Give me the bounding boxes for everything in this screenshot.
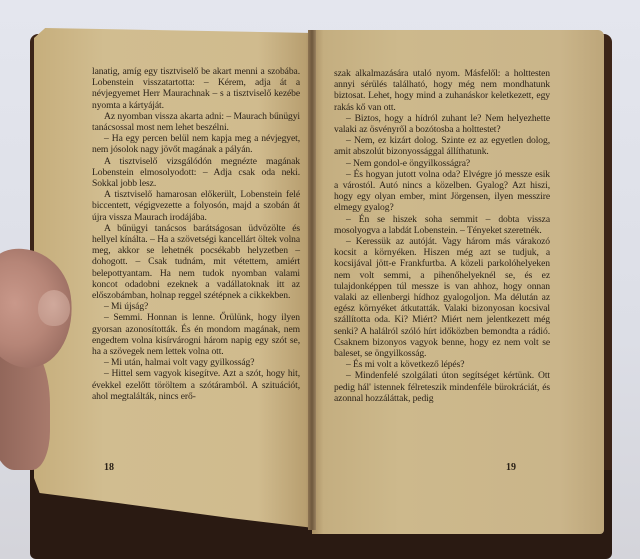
paragraph: A bűnügyi tanácsos barátságosan üdvözölt… <box>92 223 300 301</box>
book-gutter <box>308 30 316 530</box>
paragraph: – És mi volt a következő lépés? <box>334 359 550 370</box>
page-number-right: 19 <box>506 462 516 473</box>
paragraph: – Keressük az autóját. Vagy három más vá… <box>334 236 550 359</box>
thumb-highlight <box>38 290 70 326</box>
paragraph: – Nem gondol-e öngyilkosságra? <box>334 158 550 169</box>
paragraph: – Ha egy percen belül nem kapja meg a né… <box>92 133 300 155</box>
paragraph: – Mi után, halmai volt vagy gyilkosság? <box>92 357 300 368</box>
paragraph: – Semmi. Honnan is lenne. Őrülünk, hogy … <box>92 312 300 357</box>
paragraph: – Nem, ez kizárt dolog. Szinte ez az egy… <box>334 135 550 157</box>
left-page-text: lanatig, amíg egy tisztviselő be akart m… <box>92 66 300 402</box>
paragraph: – És hogyan jutott volna oda? Elvégre jó… <box>334 169 550 214</box>
left-page: lanatig, amíg egy tisztviselő be akart m… <box>34 28 314 528</box>
page-number-left: 18 <box>104 462 114 473</box>
paragraph: lanatig, amíg egy tisztviselő be akart m… <box>92 66 300 111</box>
paragraph: – Mindenfelé szolgálati úton segítséget … <box>334 370 550 404</box>
paragraph: szak alkalmazására utaló nyom. Másfelől:… <box>334 68 550 113</box>
paragraph: – Hittel sem vagyok kisegítve. Azt a szó… <box>92 368 300 402</box>
paragraph: – Mi újság? <box>92 301 300 312</box>
paragraph: A tisztviselő vizsgálódón megnézte magán… <box>92 156 300 190</box>
paragraph: A tisztviselő hamarosan előkerült, Loben… <box>92 189 300 223</box>
paragraph: Az nyomban vissza akarta adni: – Maurach… <box>92 111 300 133</box>
paragraph: – Én se hiszek soha semmit – dobta vissz… <box>334 214 550 236</box>
right-page-text: szak alkalmazására utaló nyom. Másfelől:… <box>334 68 550 404</box>
right-page: szak alkalmazására utaló nyom. Másfelől:… <box>312 30 604 534</box>
paragraph: – Biztos, hogy a hídról zuhant le? Nem h… <box>334 113 550 135</box>
